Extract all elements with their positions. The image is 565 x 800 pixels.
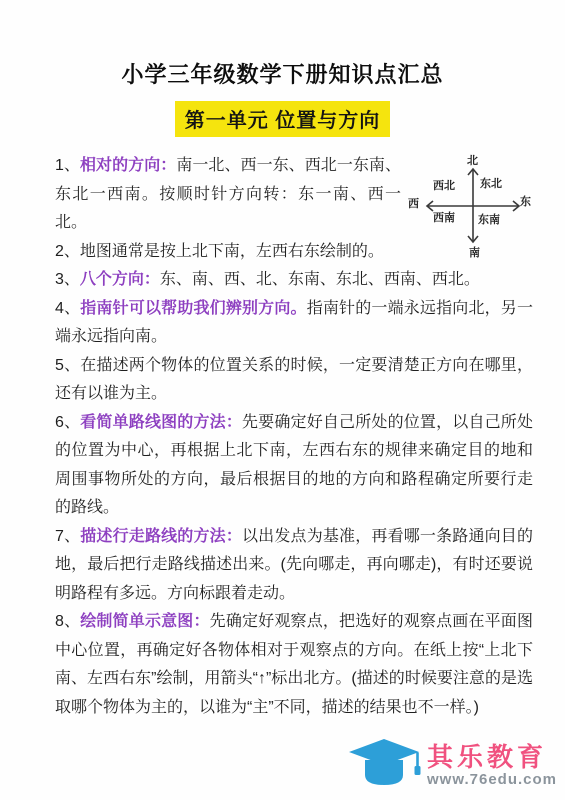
paragraph: 6、看简单路线图的方法：先要确定好自己所处的位置，以自己所处的位置为中心，再根据… [55, 409, 533, 523]
para-text: 东、南、西、北、东南、东北、西南、西北。 [160, 271, 480, 288]
para-text: 地图通常是按上北下南，左西右东绘制的。 [80, 243, 384, 260]
para-heading: 绘制简单示意图： [80, 613, 209, 630]
para-heading: 相对的方向： [80, 157, 176, 174]
paragraph: 5、在描述两个物体的位置关系的时候，一定要清楚正方向在哪里，还有以谁为主。 [55, 352, 533, 409]
compass-label-northwest: 西北 [433, 180, 455, 192]
paragraph: 7、描述行走路线的方法：以出发点为基准，再看哪一条路通向目的地，最后把行走路线描… [55, 523, 533, 609]
brand-name: 其乐教育 [427, 743, 557, 771]
unit-title-row: 第一单元 位置与方向 [0, 101, 565, 137]
para-text: 在描述两个物体的位置关系的时候，一定要清楚正方向在哪里，还有以谁为主。 [55, 357, 533, 403]
compass-label-southeast: 东南 [478, 214, 500, 226]
document-page: 小学三年级数学下册知识点汇总 第一单元 位置与方向 北 南 [0, 0, 565, 800]
compass-label-southwest: 西南 [433, 212, 455, 224]
compass-label-south: 南 [469, 247, 480, 259]
para-number: 4、 [55, 300, 80, 317]
unit-title-highlight: 第一单元 位置与方向 [175, 101, 391, 137]
brand-url: www.76edu.com [427, 771, 557, 788]
compass-label-west: 西 [408, 198, 419, 210]
compass-diagram: 北 南 西 东 西北 东北 西南 东南 [407, 154, 533, 246]
para-number: 3、 [55, 271, 80, 288]
para-number: 5、 [55, 357, 80, 374]
para-number: 6、 [55, 414, 80, 431]
paragraph: 4、指南针可以帮助我们辨别方向。指南针的一端永远指向北，另一端永远指向南。 [55, 295, 533, 352]
para-heading: 指南针可以帮助我们辨别方向。 [80, 300, 306, 317]
para-heading: 描述行走路线的方法： [80, 528, 242, 545]
para-number: 2、 [55, 243, 80, 260]
page-title: 小学三年级数学下册知识点汇总 [0, 58, 565, 89]
paragraph: 3、八个方向：东、南、西、北、东南、东北、西南、西北。 [55, 266, 533, 295]
document-body: 北 南 西 东 西北 东北 西南 东南 1、相对的方向：南一北、西一东、西北一东… [55, 152, 533, 722]
brand-text-block: 其乐教育 www.76edu.com [427, 743, 557, 788]
para-heading: 八个方向： [80, 271, 160, 288]
paragraph: 8、绘制简单示意图：先确定好观察点，把选好的观察点画在平面图中心位置，再确定好各… [55, 608, 533, 722]
compass-label-north: 北 [467, 155, 478, 167]
compass-label-northeast: 东北 [480, 178, 502, 190]
para-heading: 看简单路线图的方法： [80, 414, 242, 431]
compass-label-east: 东 [520, 196, 531, 208]
para-number: 7、 [55, 528, 80, 545]
para-number: 8、 [55, 613, 80, 630]
brand-footer: 其乐教育 www.76edu.com [347, 738, 557, 792]
graduation-cap-icon [347, 738, 421, 792]
para-number: 1、 [55, 157, 80, 174]
